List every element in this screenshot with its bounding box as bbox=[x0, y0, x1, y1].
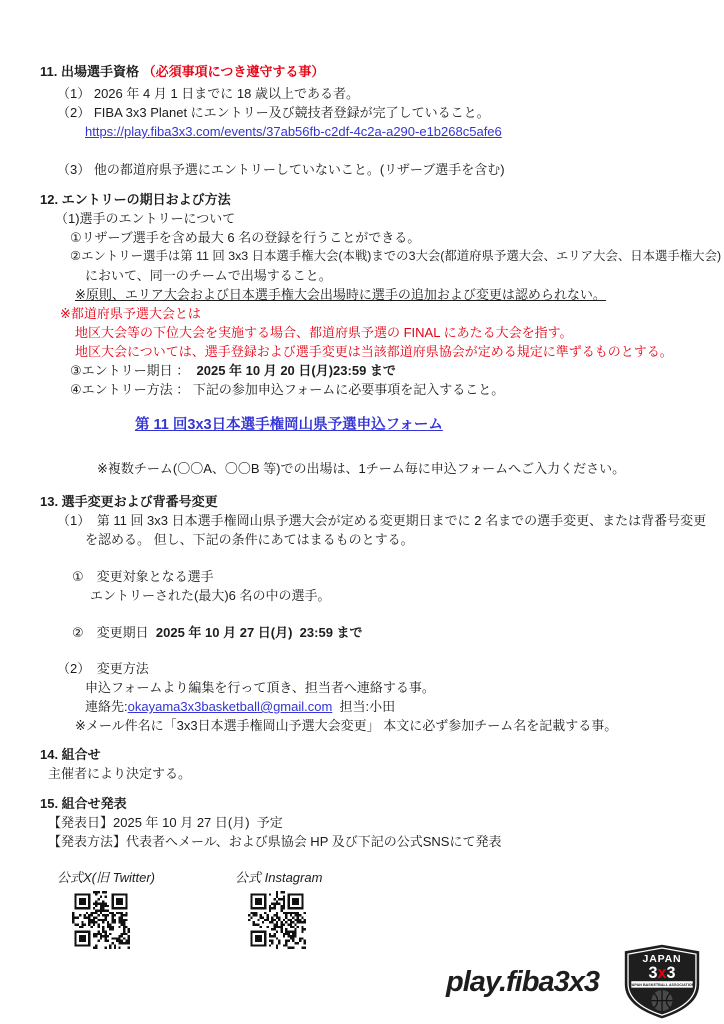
entry-deadline-date: 2025 年 10 月 20 日(月)23:59 まで bbox=[197, 363, 396, 378]
section-13-target-players: ① 変更対象となる選手 bbox=[72, 567, 724, 586]
section-11-heading: 11. 出場選手資格 （必須事項につき遵守する事） bbox=[40, 62, 724, 81]
section-13-contact: 連絡先:okayama3x3basketball@gmail.com 担当:小田 bbox=[85, 697, 724, 716]
document-page: 11. 出場選手資格 （必須事項につき遵守する事） （1） 2026 年 4 月… bbox=[0, 0, 724, 1024]
section-12-heading: 12. エントリーの期日および方法 bbox=[40, 190, 724, 209]
section-13-change-method-1: 申込フォームより編集を行って頂き、担当者へ連絡する事。 bbox=[85, 678, 724, 697]
section-12-line-1: （1)選手のエントリーについて bbox=[55, 209, 724, 228]
qr-code-instagram bbox=[248, 891, 306, 949]
section-14-body: 主催者により決定する。 bbox=[48, 764, 724, 783]
section-11-title: 11. 出場選手資格 bbox=[40, 64, 143, 79]
entry-url-link[interactable]: https://play.fiba3x3.com/events/37ab56fb… bbox=[85, 124, 502, 139]
section-12-note-prefectural: ※都道府県予選大会とは bbox=[60, 304, 724, 323]
section-15-announce-date: 【発表日】2025 年 10 月 27 日(月) 予定 bbox=[48, 813, 724, 832]
section-11-item-1: （1） 2026 年 4 月 1 日までに 18 歳以上である者。 bbox=[57, 84, 724, 103]
section-13-mail-subject-note: ※メール件名に「3x3日本選手権岡山予選大会変更」 本文に必ず参加チーム名を記載… bbox=[75, 716, 724, 735]
shield-basketball-icon bbox=[651, 990, 672, 1011]
shield-japan-text: JAPAN bbox=[643, 953, 682, 965]
section-11-item-2: （2） FIBA 3x3 Planet にエントリー及び競技者登録が完了している… bbox=[57, 103, 724, 122]
contact-person: 担当:小田 bbox=[332, 699, 395, 714]
section-13-heading: 13. 選手変更および背番号変更 bbox=[40, 492, 724, 511]
contact-email-link[interactable]: okayama3x3basketball@gmail.com bbox=[128, 699, 333, 714]
section-11-item-3: （3） 他の都道府県予選にエントリーしていないこと。(リザーブ選手を含む) bbox=[57, 160, 724, 179]
section-15-announce-method: 【発表方法】代表者へメール、および県協会 HP 及び下記の公式SNSにて発表 bbox=[48, 832, 724, 851]
contact-label: 連絡先: bbox=[85, 699, 128, 714]
section-13-change-deadline: ② 変更期日 2025 年 10 月 27 日(月) 23:59 まで bbox=[72, 623, 724, 642]
qr-code-x-twitter bbox=[72, 891, 130, 949]
change-deadline-label: ② 変更期日 bbox=[72, 625, 156, 640]
section-12-note-prefectural-2: 地区大会等の下位大会を実施する場合、都道府県予選の FINAL にあたる大会を指… bbox=[75, 323, 724, 342]
multi-team-note: ※複数チーム(〇〇A、〇〇B 等)での出場は、1チーム毎に申込フォームへご入力く… bbox=[97, 459, 724, 478]
play-fiba3x3-logo: play.fiba3x3 bbox=[446, 966, 599, 999]
shield-3x3-text: 3x3 bbox=[649, 964, 676, 982]
section-12-line-2: ①リザーブ選手を含め最大 6 名の登録を行うことができる。 bbox=[70, 228, 724, 247]
shield-band-text: JAPAN BASKETBALL ASSOCIATION bbox=[630, 983, 695, 987]
section-12-note-prefectural-3: 地区大会については、選手登録および選手変更は当該都道府県協会が定める規定に準ずる… bbox=[75, 342, 724, 361]
section-13-line-1: （1） 第 11 回 3x3 日本選手権岡山県予選大会が定める変更期日までに 2… bbox=[57, 511, 724, 530]
section-13-line-2: を認める。 但し、下記の条件にあてはまるものとする。 bbox=[85, 530, 724, 549]
change-deadline-date: 2025 年 10 月 27 日(月) 23:59 まで bbox=[156, 625, 363, 640]
entry-deadline-label: ③エントリー期日 ： bbox=[70, 363, 197, 378]
section-14-heading: 14. 組合せ bbox=[40, 745, 724, 764]
section-13-change-method-heading: （2） 変更方法 bbox=[57, 659, 724, 678]
section-12-line-3: ②エントリー選手は第 11 回 3x3 日本選手権大会(本戦)までの3大会(都道… bbox=[70, 247, 724, 266]
qr-label-instagram: 公式 Instagram bbox=[235, 867, 322, 886]
section-12-note-no-change: ※原則、エリア大会および日本選手権大会出場時に選手の追加および変更は認められない… bbox=[75, 285, 724, 304]
japan-3x3-shield-logo: JAPAN 3x3 JAPAN BASKETBALL ASSOCIATION bbox=[621, 944, 703, 1020]
section-12-entry-method: ④エントリー方法 ： 下記の参加申込フォームに必要事項を記入すること。 bbox=[70, 380, 724, 399]
section-11-heading-note: （必須事項につき遵守する事） bbox=[143, 64, 325, 79]
section-13-target-players-detail: エントリーされた(最大)6 名の中の選手。 bbox=[90, 586, 724, 605]
section-12-entry-deadline: ③エントリー期日 ： 2025 年 10 月 20 日(月)23:59 まで bbox=[70, 361, 724, 380]
section-12-line-4: において、同一のチームで出場すること。 bbox=[85, 266, 724, 285]
section-15-heading: 15. 組合せ発表 bbox=[40, 794, 724, 813]
qr-label-x-twitter: 公式X(旧 Twitter) bbox=[57, 867, 155, 886]
entry-form-link[interactable]: 第 11 回3x3日本選手権岡山県予選申込フォーム bbox=[135, 417, 443, 433]
